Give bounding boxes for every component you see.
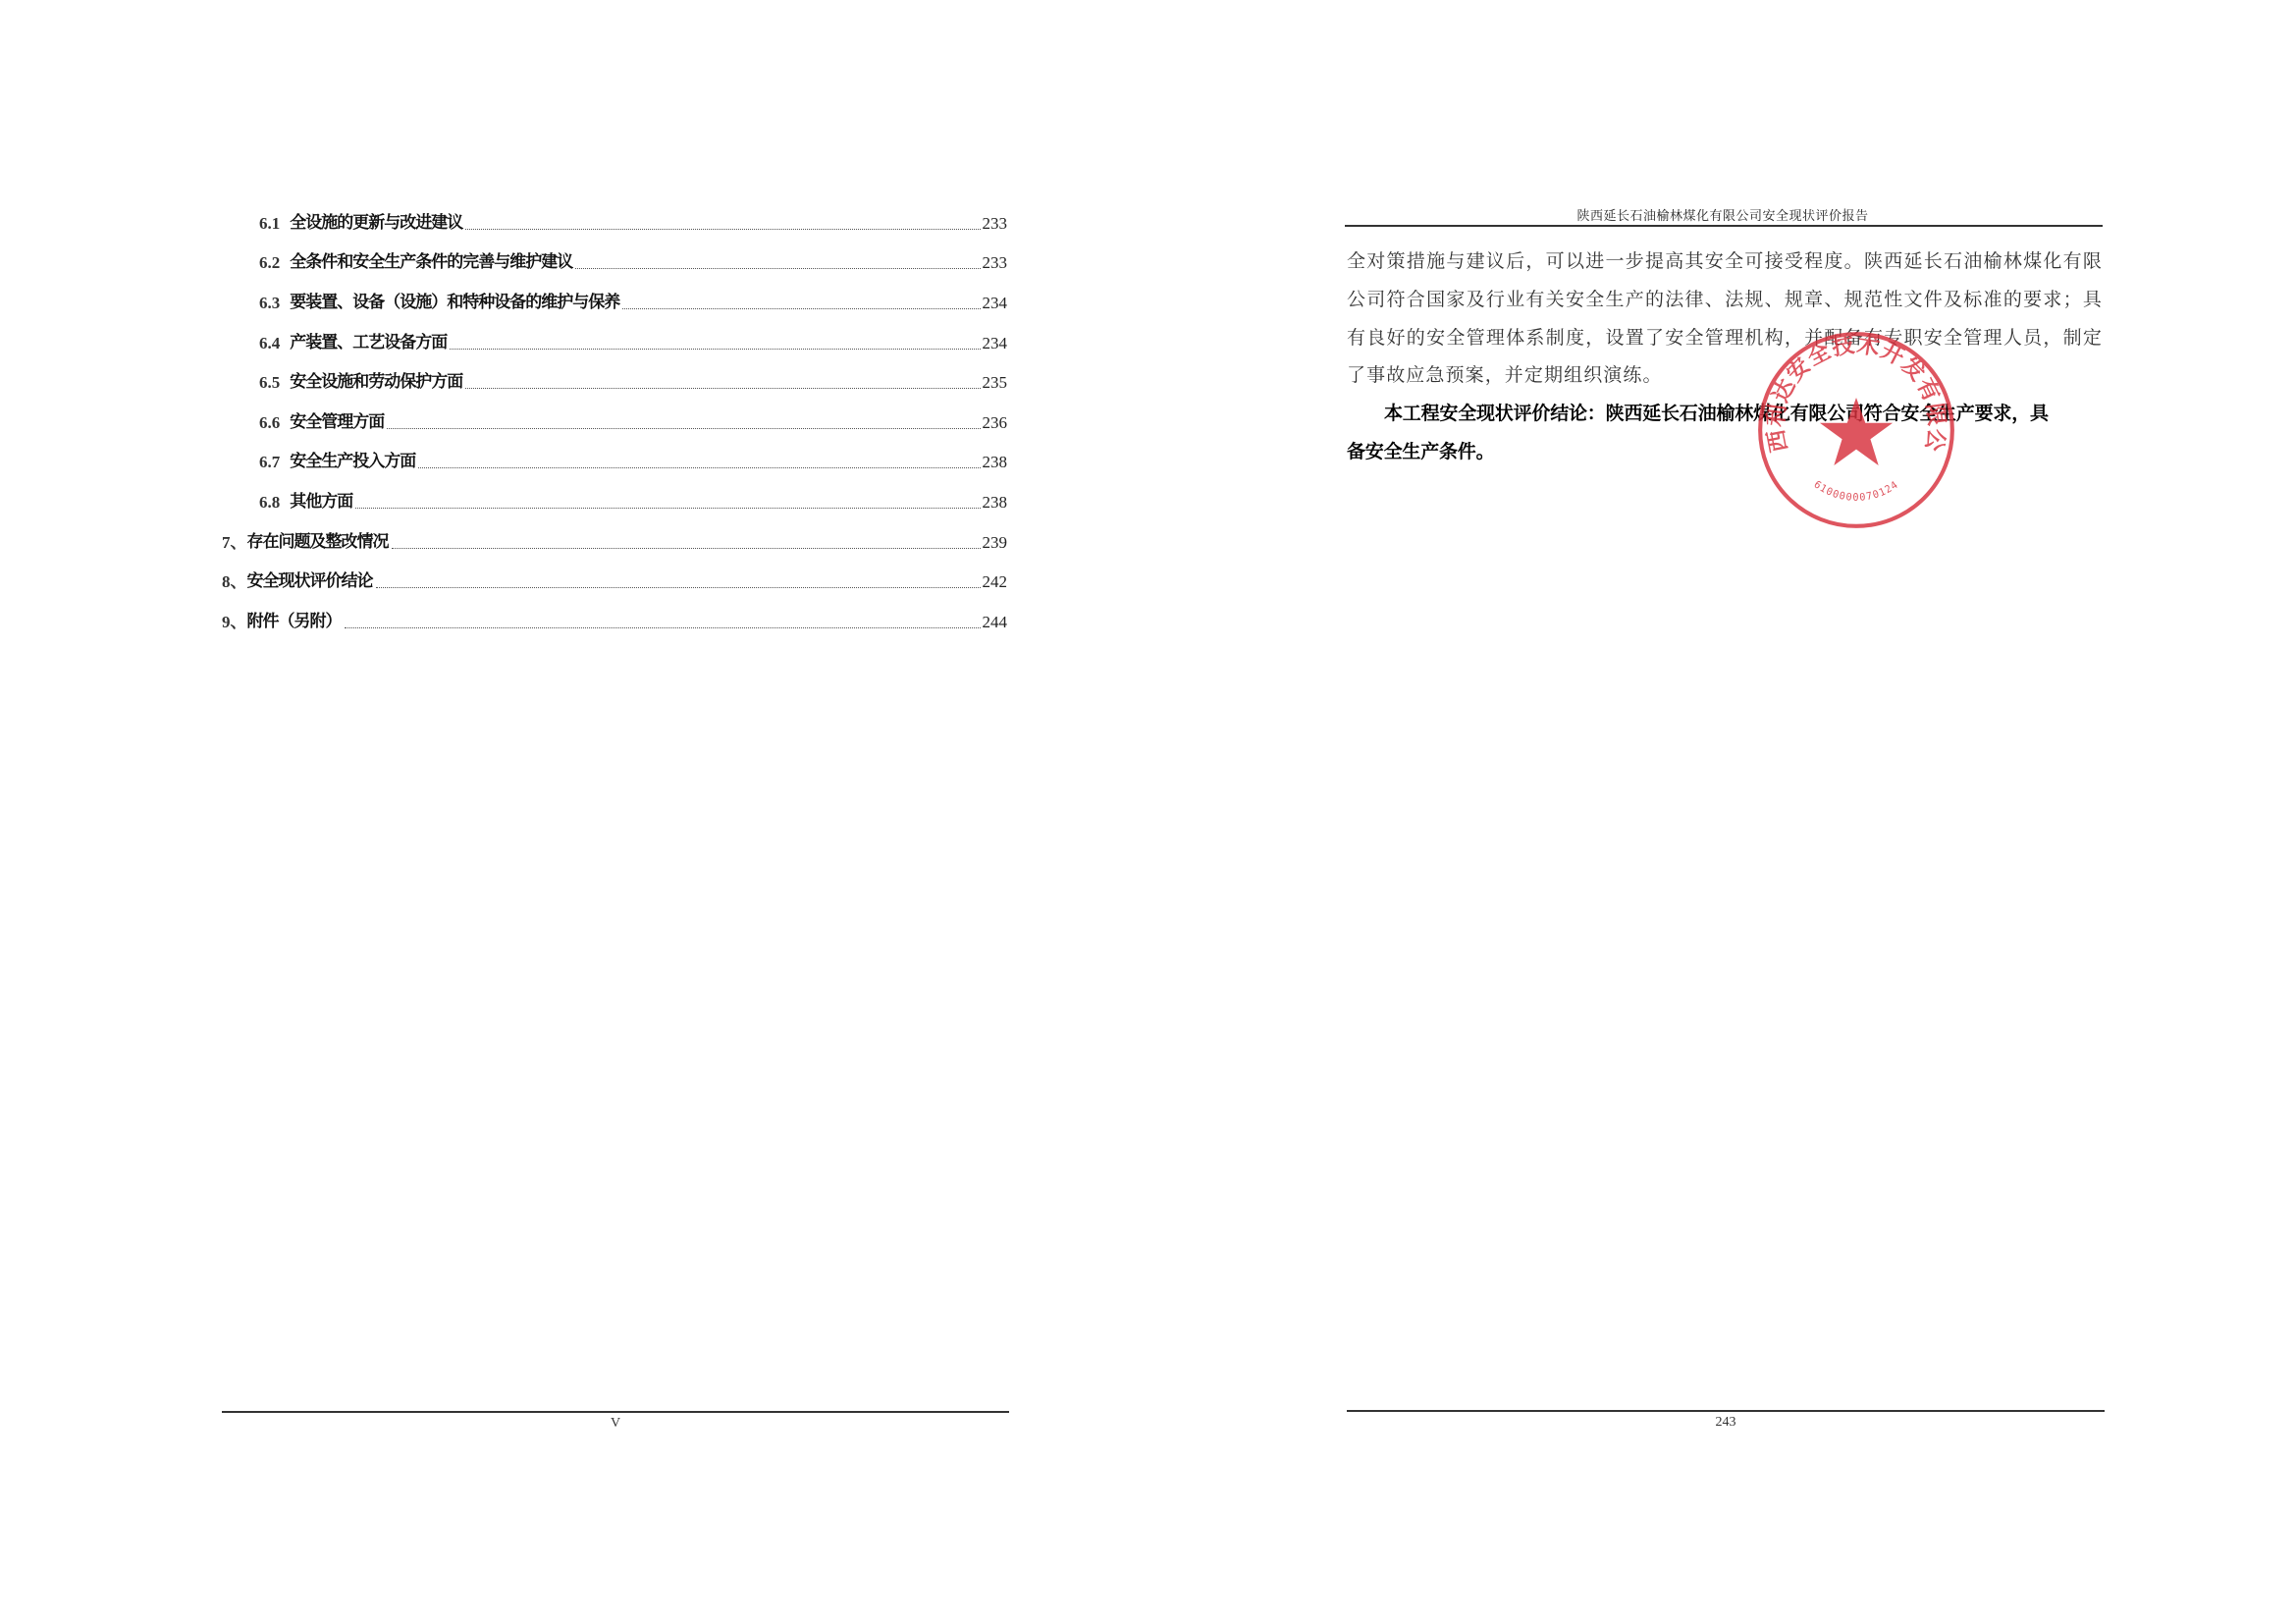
toc-entry-title: 安全设施和劳动保护方面	[290, 374, 462, 391]
toc-entry[interactable]: 6.5安全设施和劳动保护方面235	[222, 362, 1007, 403]
toc-entry-title: 安全管理方面	[290, 414, 384, 431]
toc-entry[interactable]: 9、附件（另附）244	[222, 602, 1007, 642]
toc-dot-leader	[355, 508, 980, 509]
star-icon	[1820, 398, 1893, 465]
toc-entry[interactable]: 6.8其他方面238	[222, 482, 1007, 522]
right-footer-page-number: 243	[1347, 1415, 2105, 1431]
toc-entry-title: 全条件和安全生产条件的完善与维护建议	[290, 254, 572, 271]
body-text: 全对策措施与建议后，可以进一步提高其安全可接受程度。陕西延长石油榆林煤化有限公司…	[1347, 243, 2103, 471]
toc-entry-title: 全设施的更新与改进建议	[290, 215, 462, 232]
toc-entry-title: 其他方面	[290, 494, 352, 511]
footer-rule	[222, 1411, 1009, 1413]
footer-page-number: V	[222, 1416, 1009, 1432]
toc-dot-leader	[387, 428, 980, 429]
toc-entry-page: 244	[983, 614, 1008, 630]
toc-entry[interactable]: 6.3要装置、设备（设施）和特种设备的维护与保养234	[222, 283, 1007, 323]
toc-entry[interactable]: 6.7安全生产投入方面238	[222, 443, 1007, 483]
toc-entry-number: 9、	[222, 614, 247, 630]
right-footer-rule	[1347, 1410, 2105, 1412]
toc-dot-leader	[392, 548, 981, 549]
toc-entry-page: 233	[983, 254, 1008, 271]
toc-dot-leader	[418, 467, 980, 468]
toc-entry-page: 233	[983, 215, 1008, 232]
toc-entry[interactable]: 6.1全设施的更新与改进建议233	[222, 203, 1007, 244]
toc-dot-leader	[376, 587, 981, 588]
running-head: 陕西延长石油榆林煤化有限公司安全现状评价报告	[1345, 205, 2101, 224]
toc-entry[interactable]: 7、存在问题及整改情况239	[222, 522, 1007, 563]
toc-entry-page: 235	[983, 374, 1008, 391]
toc-dot-leader	[575, 268, 980, 269]
toc-entry-number: 6.5	[259, 374, 280, 391]
toc-entry-title: 安全生产投入方面	[290, 454, 415, 470]
conclusion-line-1: 本工程安全现状评价结论：陕西延长石油榆林煤化有限公司符合安全生产要求，具	[1347, 395, 2103, 433]
toc-dot-leader	[465, 388, 980, 389]
toc-entry-page: 234	[983, 295, 1008, 311]
toc-dot-leader	[450, 349, 980, 350]
toc-entry[interactable]: 6.2全条件和安全生产条件的完善与维护建议233	[222, 244, 1007, 284]
toc-entry-number: 6.2	[259, 254, 280, 271]
toc-entry-title: 要装置、设备（设施）和特种设备的维护与保养	[290, 295, 619, 311]
svg-text:6100000070124: 6100000070124	[1812, 478, 1901, 504]
toc-entry-number: 6.4	[259, 335, 280, 352]
toc-entry-number: 6.1	[259, 215, 280, 232]
toc-dot-leader	[345, 627, 981, 628]
toc-entry[interactable]: 8、安全现状评价结论242	[222, 562, 1007, 602]
toc-entry-page: 234	[983, 335, 1008, 352]
toc-entry-number: 6.6	[259, 414, 280, 431]
toc-entry-number: 8、	[222, 573, 247, 590]
toc-entry-number: 6.8	[259, 494, 280, 511]
body-paragraph: 全对策措施与建议后，可以进一步提高其安全可接受程度。陕西延长石油榆林煤化有限公司…	[1347, 243, 2103, 395]
toc-entry-title: 安全现状评价结论	[247, 573, 373, 590]
toc-entry-title: 附件（另附）	[247, 614, 342, 630]
toc-entry[interactable]: 6.4产装置、工艺设备方面234	[222, 323, 1007, 363]
toc-entry-number: 7、	[222, 534, 247, 551]
header-rule	[1345, 225, 2103, 227]
toc-entry-page: 242	[983, 573, 1008, 590]
company-seal-stamp: 陕西利达安全技术开发有限公司 6100000070124	[1755, 329, 1957, 531]
conclusion-line-2: 备安全生产条件。	[1347, 433, 2103, 471]
toc-entry-title: 存在问题及整改情况	[247, 534, 389, 551]
toc-dot-leader	[465, 229, 980, 230]
toc-entry-page: 238	[983, 494, 1008, 511]
left-page: 6.1全设施的更新与改进建议2336.2全条件和安全生产条件的完善与维护建议23…	[0, 0, 1148, 1624]
toc-entry-number: 6.3	[259, 295, 280, 311]
toc-entry[interactable]: 6.6安全管理方面236	[222, 403, 1007, 443]
toc-entry-number: 6.7	[259, 454, 280, 470]
toc-entry-title: 产装置、工艺设备方面	[290, 335, 447, 352]
toc-entry-page: 236	[983, 414, 1008, 431]
toc-dot-leader	[622, 308, 980, 309]
toc-entry-page: 239	[983, 534, 1008, 551]
table-of-contents: 6.1全设施的更新与改进建议2336.2全条件和安全生产条件的完善与维护建议23…	[222, 203, 1007, 642]
toc-entry-page: 238	[983, 454, 1008, 470]
